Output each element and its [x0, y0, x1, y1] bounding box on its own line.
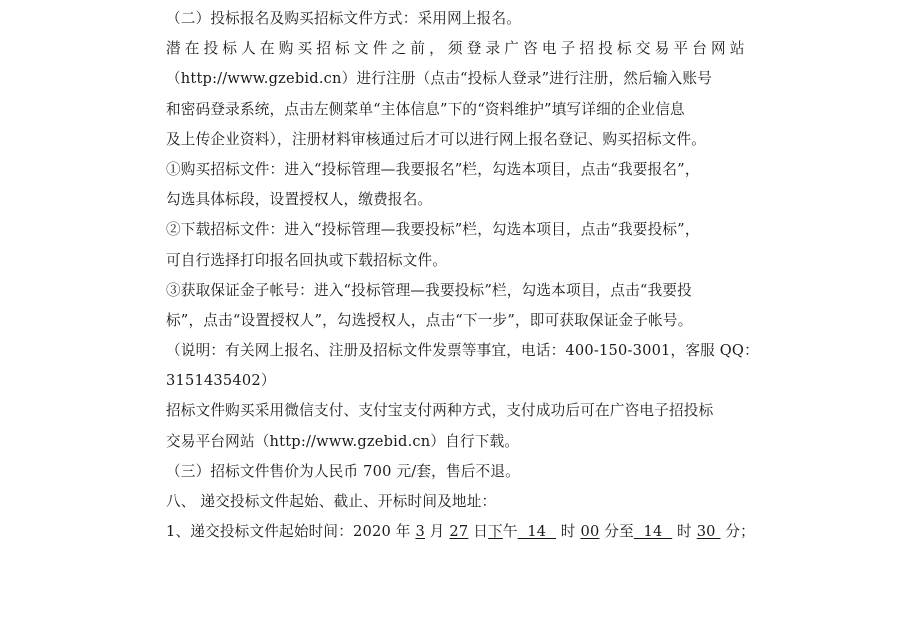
contact-qq: 3151435402） — [166, 366, 766, 396]
step-3-deposit-account: ③获取保证金子帐号：进入“投标管理—我要投标”栏，勾选本项目，点击“我要投 — [166, 276, 766, 306]
payment-info: 招标文件购买采用微信支付、支付宝支付两种方式，支付成功后可在广咨电子招投标 — [166, 396, 766, 426]
start-minute-value: 00 — [580, 523, 599, 540]
paragraph-line: 标”，点击“设置授权人”，勾选授权人，点击“下一步”，即可获取保证金子帐号。 — [166, 306, 766, 336]
minute-unit-to: 分至 — [599, 523, 633, 540]
submission-prefix: 1、递交投标文件起始时间：2020 年 — [166, 523, 415, 540]
paragraph-line: 交易平台网站（http://www.gzebid.cn）自行下载。 — [166, 427, 766, 457]
submission-start-time: 1、递交投标文件起始时间：2020 年 3 月 27 日下午 14 时 00 分… — [166, 517, 766, 547]
start-hour-value: 14 — [518, 523, 556, 540]
step-2-download: ②下载招标文件：进入“投标管理—我要投标”栏，勾选本项目，点击“我要投标”， — [166, 215, 766, 245]
paragraph-line: 和密码登录系统，点击左侧菜单“主体信息”下的“资料维护”填写详细的企业信息 — [166, 95, 766, 125]
paragraph-line: 及上传企业资料），注册材料审核通过后才可以进行网上报名登记、购买招标文件。 — [166, 125, 766, 155]
step-1-purchase: ①购买招标文件：进入“投标管理—我要报名”栏，勾选本项目，点击“我要报名”， — [166, 155, 766, 185]
month-value: 3 — [415, 523, 425, 540]
minute-unit-end: 分； — [721, 523, 755, 540]
end-hour-value: 14 — [634, 523, 672, 540]
day-unit: 日 — [468, 523, 488, 540]
contact-note: （说明：有关网上报名、注册及招标文件发票等事宜，电话：400-150-3001，… — [166, 336, 766, 366]
day-value: 27 — [449, 523, 468, 540]
hour-unit: 时 — [556, 523, 580, 540]
section-heading-submission: 八、 递交投标文件起始、截止、开标时间及地址： — [166, 487, 766, 517]
month-unit: 月 — [425, 523, 449, 540]
paragraph-line: （http://www.gzebid.cn）进行注册（点击“投标人登录”进行注册… — [166, 64, 766, 94]
document-page: （二）投标报名及购买招标文件方式：采用网上报名。 潜在投标人在购买招标文件之前，… — [166, 4, 766, 547]
period-value: 下 — [488, 523, 503, 540]
period-suffix: 午 — [503, 523, 518, 540]
section-heading-bid-registration: （二）投标报名及购买招标文件方式：采用网上报名。 — [166, 4, 766, 34]
paragraph-line: 勾选具体标段，设置授权人，缴费报名。 — [166, 185, 766, 215]
paragraph-line: 潜在投标人在购买招标文件之前，须登录广咨电子招投标交易平台网站 — [166, 34, 766, 64]
end-minute-value: 30 — [697, 523, 721, 540]
section-heading-price: （三）招标文件售价为人民币 700 元/套，售后不退。 — [166, 457, 766, 487]
hour-unit-2: 时 — [672, 523, 696, 540]
paragraph-line: 可自行选择打印报名回执或下载招标文件。 — [166, 246, 766, 276]
